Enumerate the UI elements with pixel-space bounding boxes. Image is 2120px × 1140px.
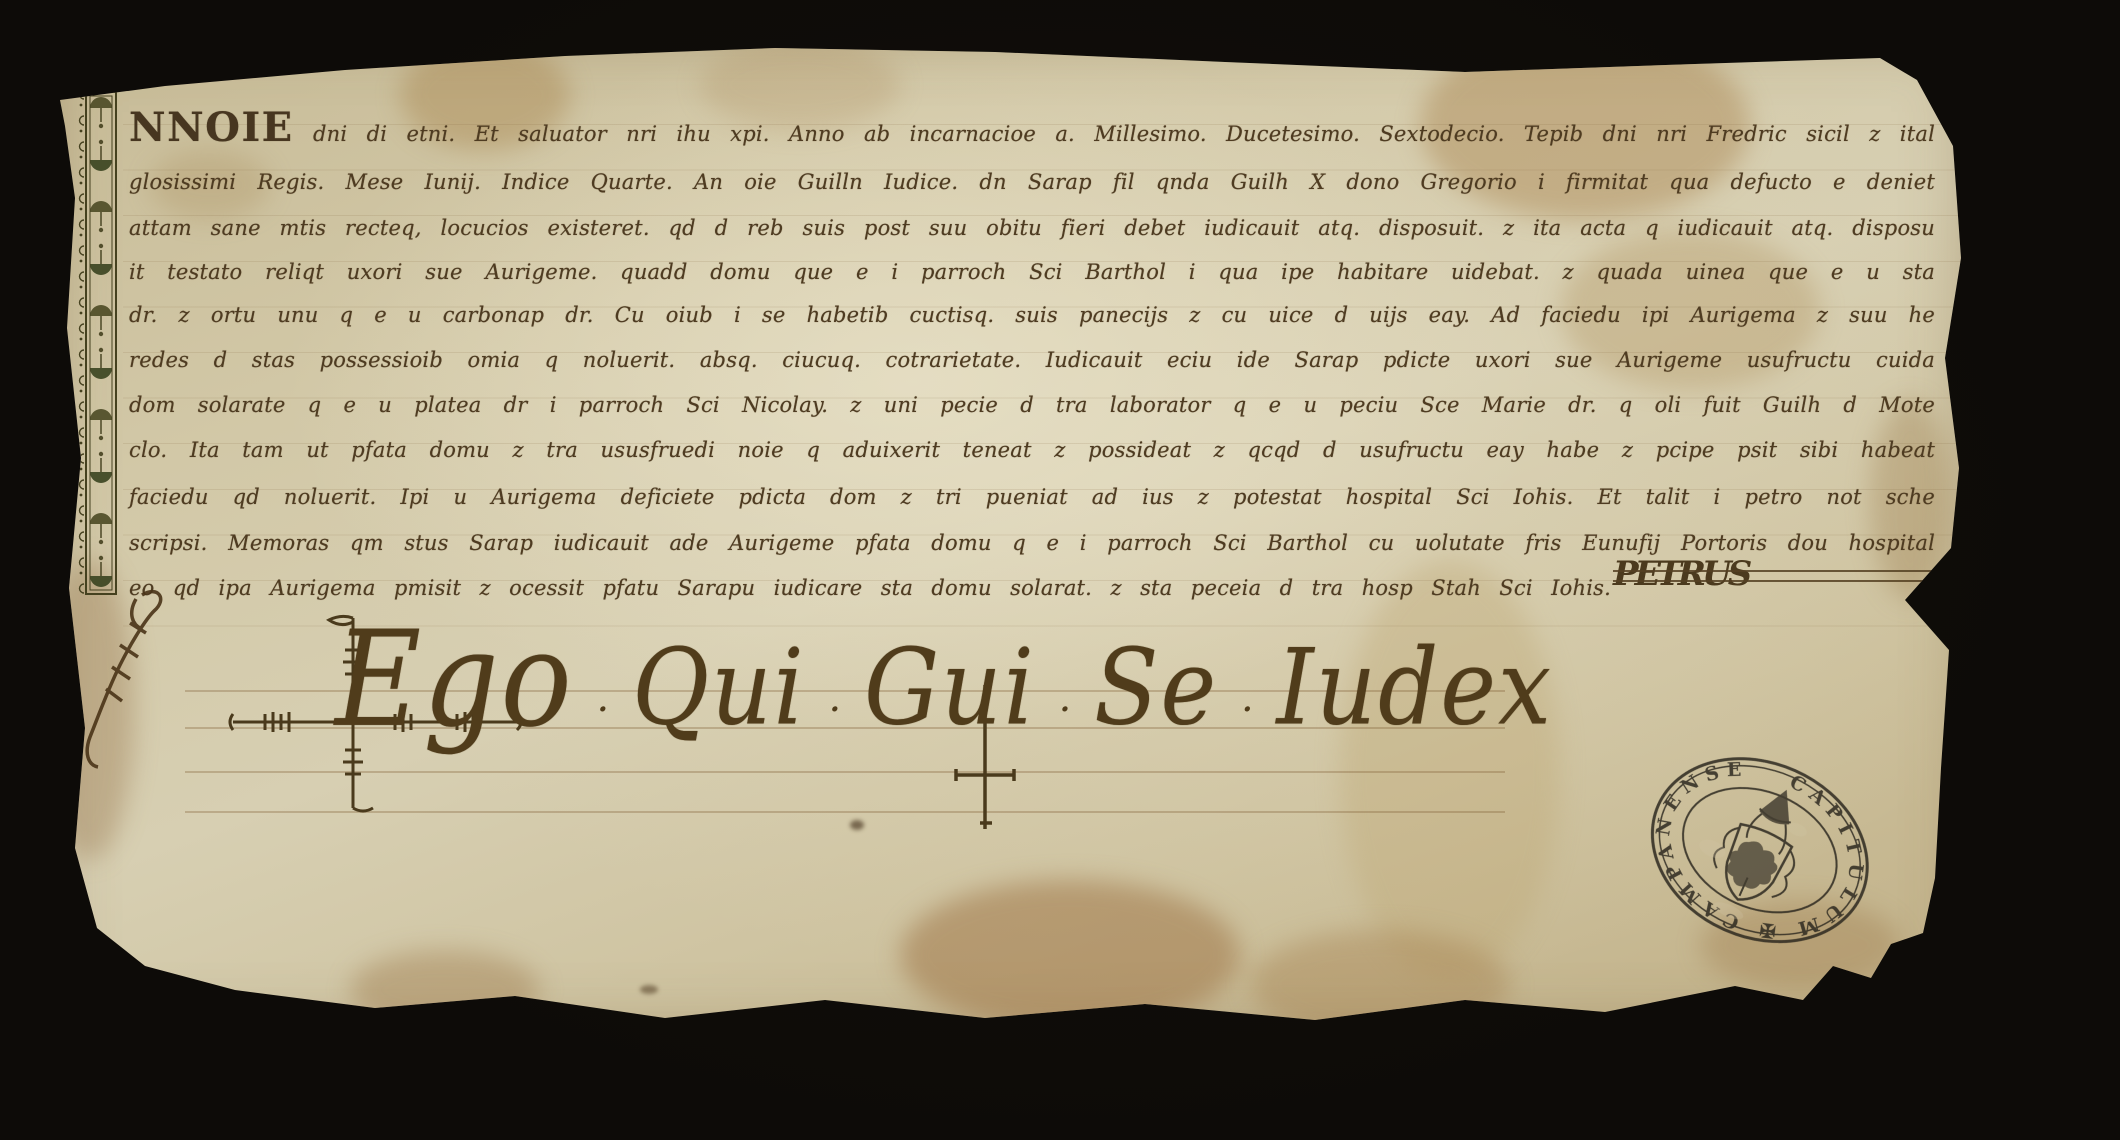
subscription-word: Se (1094, 636, 1218, 741)
stain (350, 950, 540, 1030)
charter-line: glosissimi Regis. Mese Iunij. Indice Qua… (129, 168, 1935, 198)
word-separator-dot: · (597, 687, 610, 733)
charter-line: dom solarate q e u platea dr i parroch S… (129, 391, 1935, 421)
subscription-word: Ego (335, 613, 574, 745)
dirt-speck (850, 820, 864, 830)
charter-line: redes d stas possessioib omia q noluerit… (129, 346, 1935, 376)
word-separator-dot: · (829, 687, 842, 733)
charter-line: attam sane mtis recteq, locucios exister… (129, 214, 1935, 244)
judge-subscription: Ego · Qui · Gui · Se · Iudex (335, 620, 1553, 800)
charter-line: it testato reliqt uxori sue Aurigeme. qu… (129, 258, 1935, 288)
illuminated-border (78, 86, 124, 600)
monogram-text: PETRUS (1613, 554, 1748, 594)
subscription-word: Iudex (1277, 636, 1554, 741)
flourish-line (1613, 580, 1951, 582)
decorated-initial: NNOIE (129, 104, 294, 151)
subscription-word: Qui (632, 636, 806, 741)
word-separator-dot: · (1059, 687, 1072, 733)
word-separator-dot: · (1241, 687, 1254, 733)
charter-line: faciedu qd noluerit. Ipi u Aurigema defi… (129, 483, 1935, 513)
stain (900, 880, 1240, 1030)
charter-line: eo qd ipa Aurigema pmisit z ocessit pfat… (129, 574, 1611, 604)
charter-line: NNOIE dni di etni. Et saluator nri ihu x… (129, 114, 1935, 144)
photograph-background: { "colors": { "background": "#0d0b08", "… (0, 0, 2120, 1140)
scribal-mark: ʒƨ (175, 48, 203, 78)
subscription-word: Gui (864, 636, 1036, 741)
parchment-charter: ʒƨ NNOIE dni di etni. Et saluator nri ih… (45, 28, 1975, 1040)
charter-line: dr. z ortu unu q e u carbonap dr. Cu oiu… (129, 301, 1935, 331)
flourish-line (1613, 570, 1951, 572)
charter-line: clo. Ita tam ut pfata domu z tra ususfru… (129, 436, 1935, 466)
notarial-flourish-icon (70, 583, 185, 778)
stain (1250, 930, 1510, 1040)
dirt-speck (640, 985, 658, 994)
petrus-monogram: PETRUS (1613, 554, 1963, 598)
line-text: dni di etni. Et saluator nri ihu xpi. An… (313, 122, 1935, 146)
